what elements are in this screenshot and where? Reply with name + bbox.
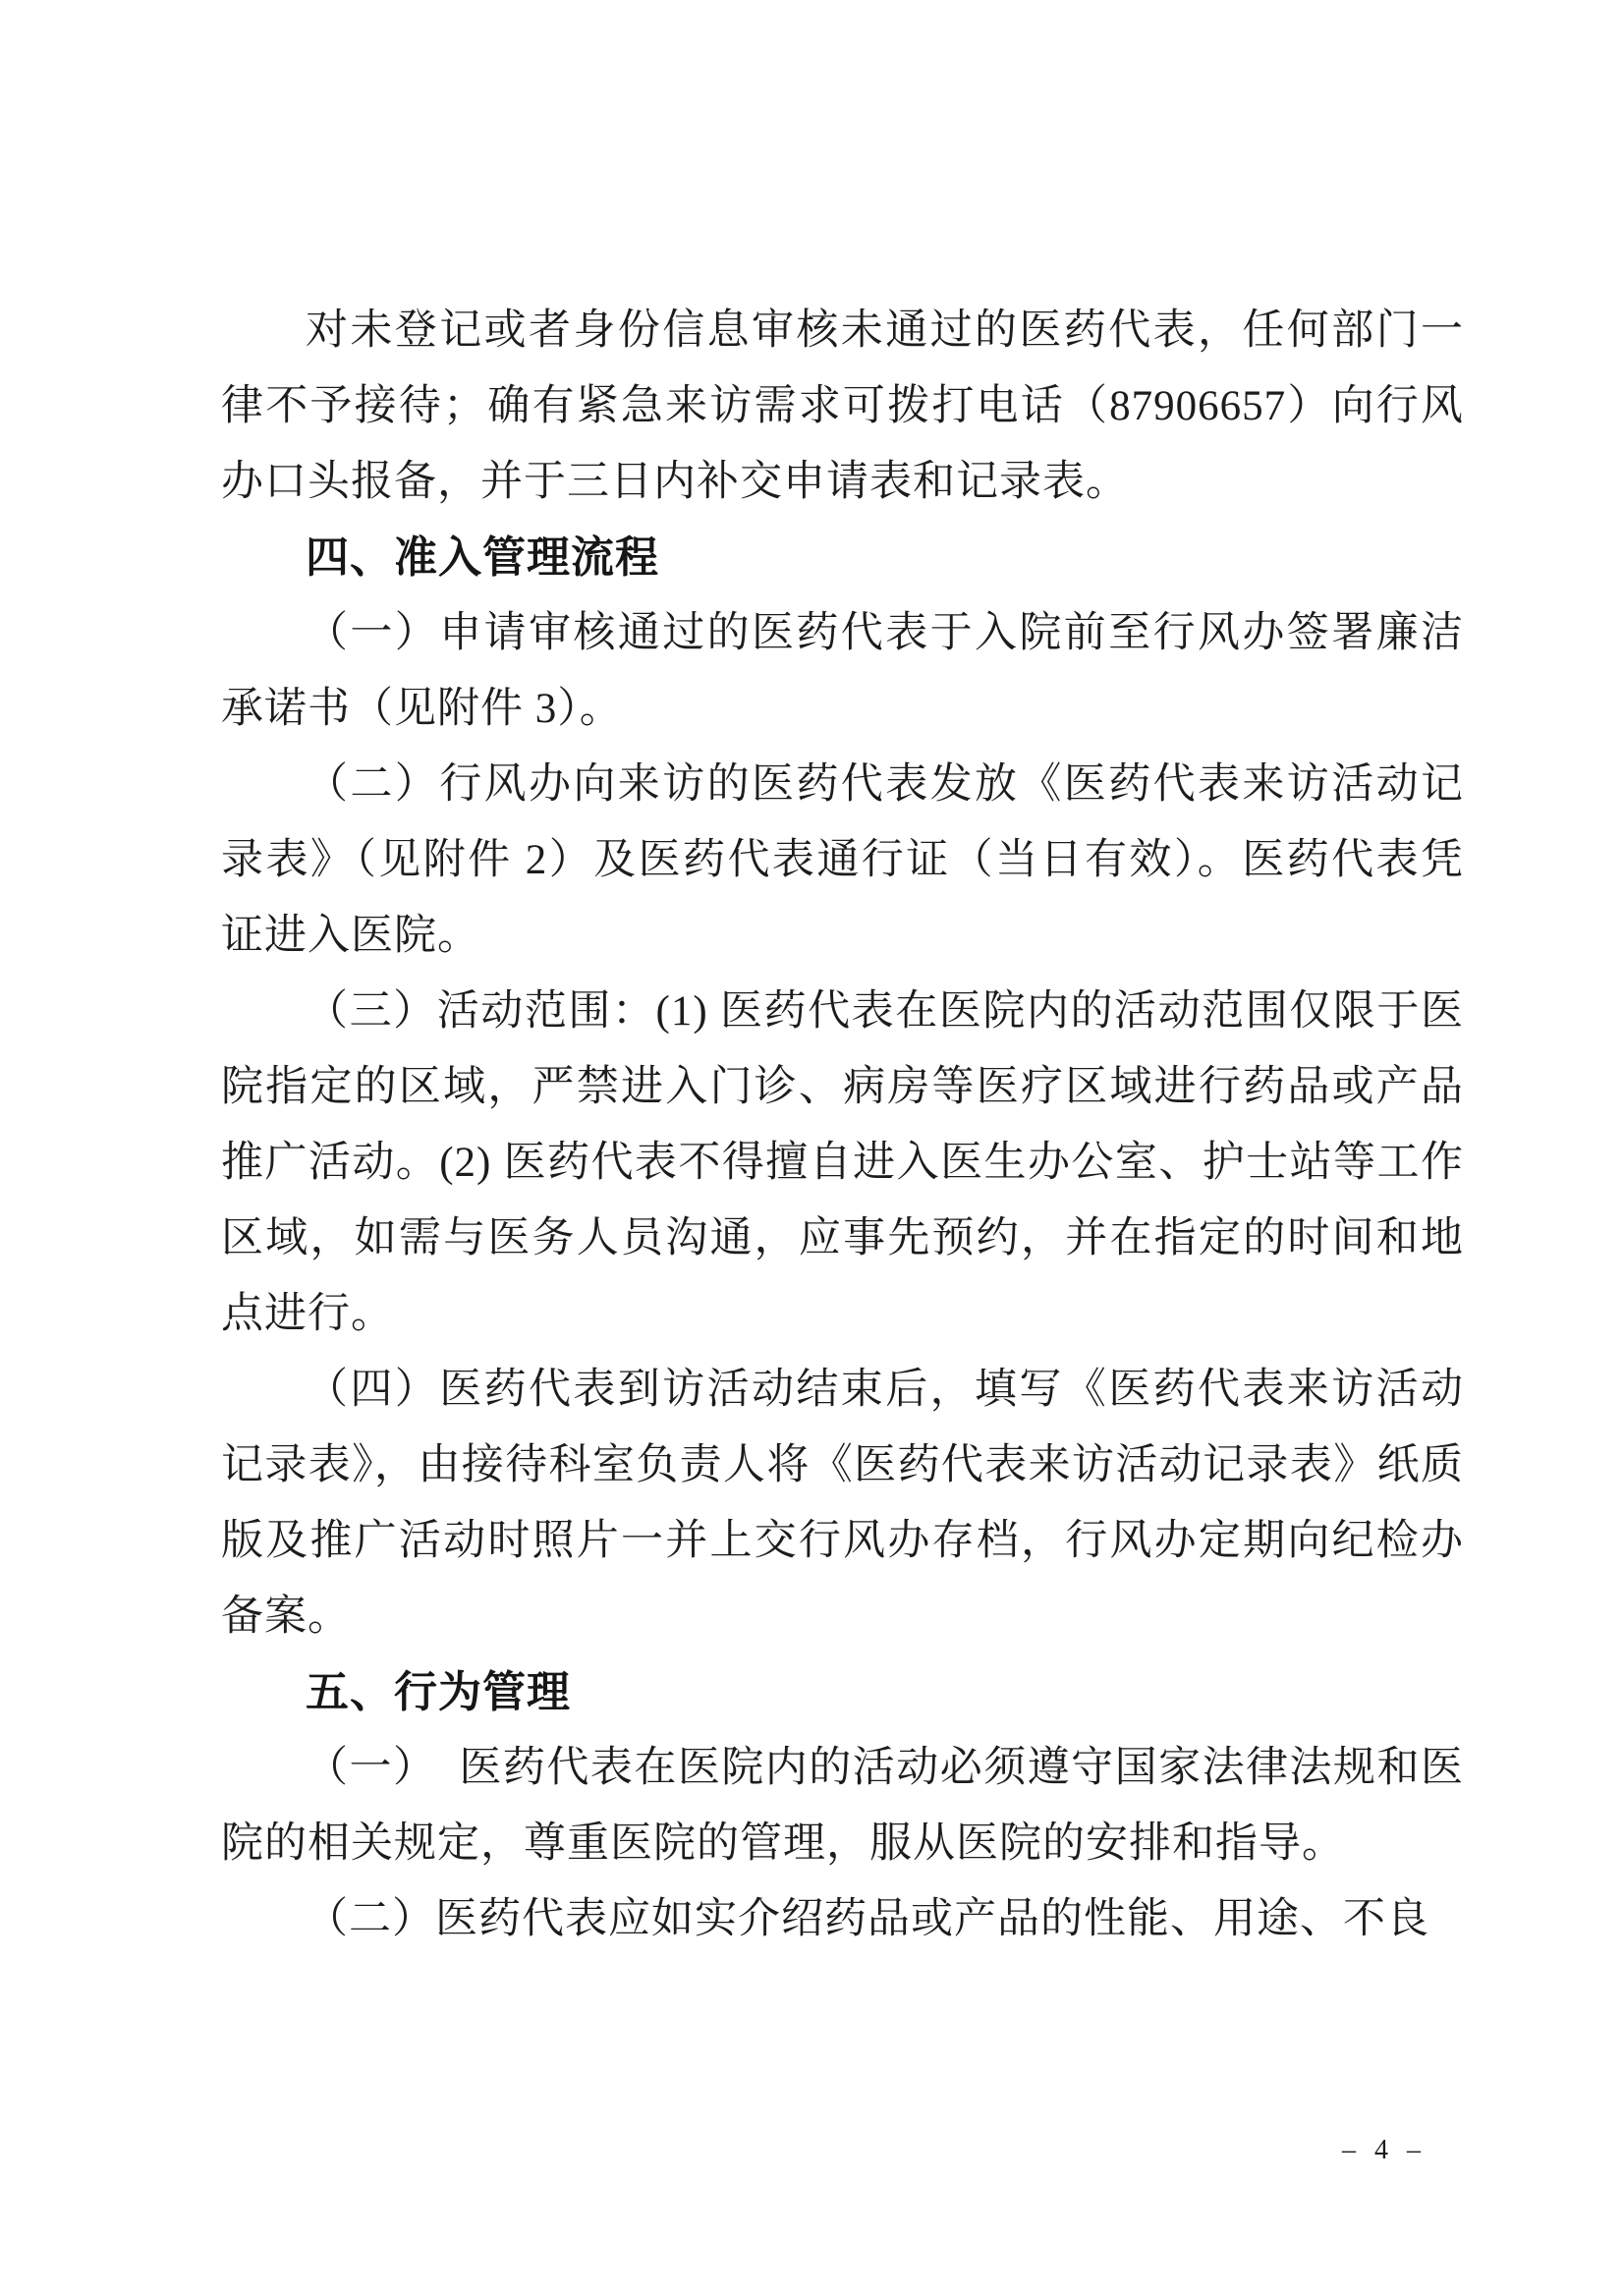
page-number: – 4 – [1342,2134,1427,2167]
paragraph-5-item-2: （二）医药代表应如实介绍药品或产品的性能、用途、不良 [221,1881,1464,1957]
paragraph-4-item-1: （一）申请审核通过的医药代表于入院前至行风办签署廉洁承诺书（见附件 3）。 [221,595,1464,747]
paragraph-4-item-3: （三）活动范围：(1) 医药代表在医院内的活动范围仅限于医院指定的区域，严禁进入… [221,974,1464,1352]
section-heading-5-behavior-management: 五、行为管理 [221,1654,1464,1730]
paragraph-4-item-4: （四）医药代表到访活动结束后，填写《医药代表来访活动记录表》，由接待科室负责人将… [221,1352,1464,1654]
paragraph-5-item-1: （一） 医药代表在医院内的活动必须遵守国家法律法规和医院的相关规定，尊重医院的管… [221,1730,1464,1881]
paragraph-registration-rule: 对未登记或者身份信息审核未通过的医药代表，任何部门一律不予接待；确有紧急来访需求… [221,293,1464,520]
document-page: 对未登记或者身份信息审核未通过的医药代表，任何部门一律不予接待；确有紧急来访需求… [0,0,1623,2296]
section-heading-4-access-management: 四、准入管理流程 [221,520,1464,595]
paragraph-4-item-2: （二）行风办向来访的医药代表发放《医药代表来访活动记录表》（见附件 2）及医药代… [221,747,1464,974]
document-body: 对未登记或者身份信息审核未通过的医药代表，任何部门一律不予接待；确有紧急来访需求… [221,293,1464,1957]
